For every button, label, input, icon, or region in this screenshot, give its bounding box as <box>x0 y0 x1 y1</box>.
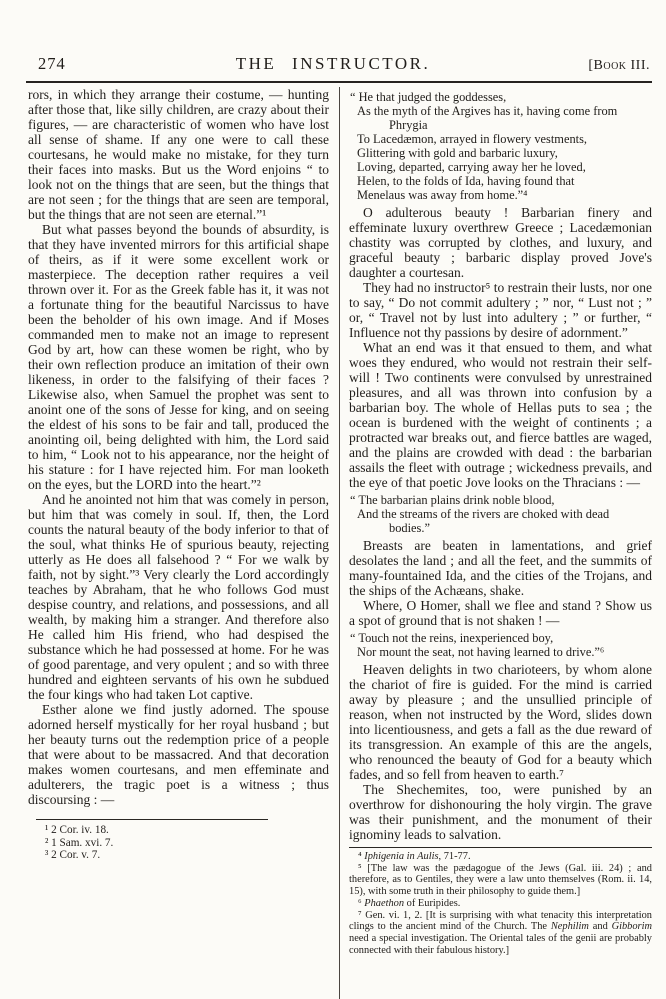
paragraph: O adulterous beauty ! Barbarian finery a… <box>349 205 652 280</box>
footnote: ⁴ Iphigenia in Aulis, 71-77. <box>349 851 652 863</box>
footnote: ⁷ Gen. vi. 1, 2. [It is surprising with … <box>349 910 652 957</box>
right-column: “ He that judged the goddesses,As the my… <box>340 87 652 999</box>
paragraph: Esther alone we find justly adorned. The… <box>28 702 329 807</box>
paragraph: And he anointed not him that was comely … <box>28 492 329 702</box>
italic-run: Iphigenia in Aulis <box>364 851 438 862</box>
verse-line: As the myth of the Argives has it, havin… <box>349 104 652 132</box>
two-column-text: rors, in which they arrange their costum… <box>0 83 666 999</box>
book-label: [Book III. <box>588 58 650 74</box>
footnote: ⁶ Phaethon of Euripides. <box>349 898 652 910</box>
page-title: THE INSTRUCTOR. <box>236 54 430 74</box>
text-run: ⁵ [The law was the pædagogue of the Jews… <box>349 863 652 897</box>
footnote: ⁵ [The law was the pædagogue of the Jews… <box>349 863 652 898</box>
page-number: 274 <box>38 54 66 74</box>
book-page: 274 THE INSTRUCTOR. [Book III. rors, in … <box>0 0 666 999</box>
verse-quote: “ The barbarian plains drink noble blood… <box>349 493 652 535</box>
left-column: rors, in which they arrange their costum… <box>28 87 339 999</box>
page-header: 274 THE INSTRUCTOR. [Book III. <box>0 0 666 81</box>
verse-line: “ The barbarian plains drink noble blood… <box>349 493 652 507</box>
left-footnotes: ¹ 2 Cor. iv. 18.² 1 Sam. xvi. 7.³ 2 Cor.… <box>36 819 268 862</box>
text-run: and <box>589 921 612 932</box>
paragraph: But what passes beyond the bounds of abs… <box>28 222 329 492</box>
footnote: ² 1 Sam. xvi. 7. <box>36 837 268 850</box>
right-footnotes: ⁴ Iphigenia in Aulis, 71-77.⁵ [The law w… <box>349 847 652 956</box>
italic-run: Gibborim <box>612 921 652 932</box>
paragraph: rors, in which they arrange their costum… <box>28 87 329 222</box>
paragraph: They had no instructor⁵ to restrain thei… <box>349 280 652 340</box>
verse-line: Glittering with gold and barbaric luxury… <box>349 146 652 160</box>
paragraph: The Shechemites, too, were punished by a… <box>349 782 652 842</box>
footnote: ¹ 2 Cor. iv. 18. <box>36 824 268 837</box>
italic-run: Nephilim <box>551 921 589 932</box>
left-paragraphs: rors, in which they arrange their costum… <box>28 87 329 807</box>
verse-line: Menelaus was away from home.”⁴ <box>349 188 652 202</box>
text-run: of Euripides. <box>404 898 460 909</box>
text-run: need a special investigation. The Orient… <box>349 933 652 956</box>
text-run: ¹ 2 Cor. iv. 18. <box>45 824 109 836</box>
verse-line: Nor mount the seat, not having learned t… <box>349 645 652 659</box>
right-blocks: “ He that judged the goddesses,As the my… <box>349 90 652 842</box>
text-run: , 71-77. <box>439 851 471 862</box>
text-run: ³ 2 Cor. v. 7. <box>45 849 100 861</box>
verse-line: And the streams of the rivers are choked… <box>349 507 652 535</box>
verse-line: “ Touch not the reins, inexperienced boy… <box>349 631 652 645</box>
verse-line: Helen, to the folds of Ida, having found… <box>349 174 652 188</box>
italic-run: Phaethon <box>364 898 404 909</box>
text-run: ² 1 Sam. xvi. 7. <box>45 837 113 849</box>
verse-quote: “ Touch not the reins, inexperienced boy… <box>349 631 652 659</box>
paragraph: Where, O Homer, shall we flee and stand … <box>349 598 652 628</box>
paragraph: Breasts are beaten in lamentations, and … <box>349 538 652 598</box>
paragraph: What an end was it that ensued to them, … <box>349 340 652 490</box>
verse-quote: “ He that judged the goddesses,As the my… <box>349 90 652 202</box>
footnote: ³ 2 Cor. v. 7. <box>36 849 268 862</box>
verse-line: “ He that judged the goddesses, <box>349 90 652 104</box>
paragraph: Heaven delights in two charioteers, by w… <box>349 662 652 782</box>
verse-line: Loving, departed, carrying away her he l… <box>349 160 652 174</box>
verse-line: To Lacedæmon, arrayed in flowery vestmen… <box>349 132 652 146</box>
